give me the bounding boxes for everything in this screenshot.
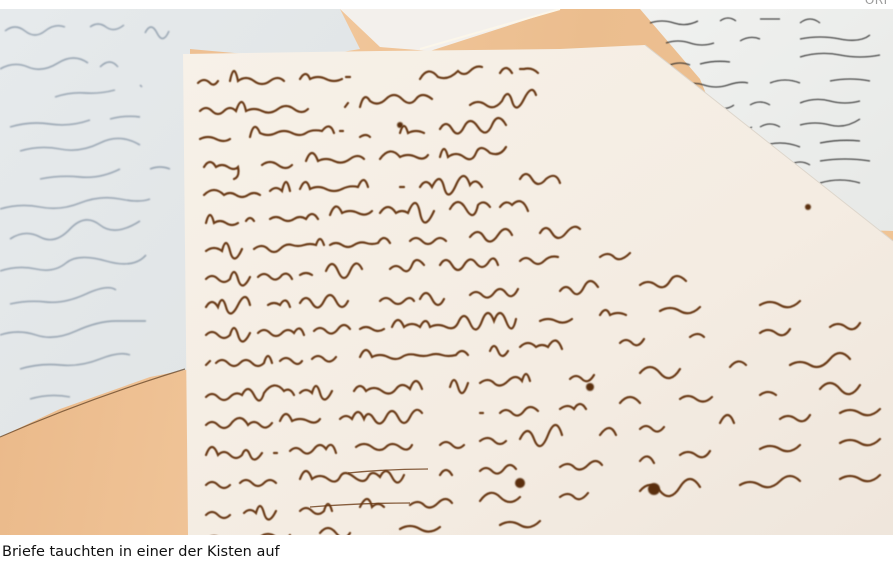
- letters-illustration: [0, 9, 893, 535]
- article-photo: [0, 9, 893, 535]
- photo-credit: ORF: [865, 0, 891, 7]
- paper-sheet-top: [340, 9, 560, 51]
- photo-caption: Briefe tauchten in einer der Kisten auf: [2, 542, 280, 562]
